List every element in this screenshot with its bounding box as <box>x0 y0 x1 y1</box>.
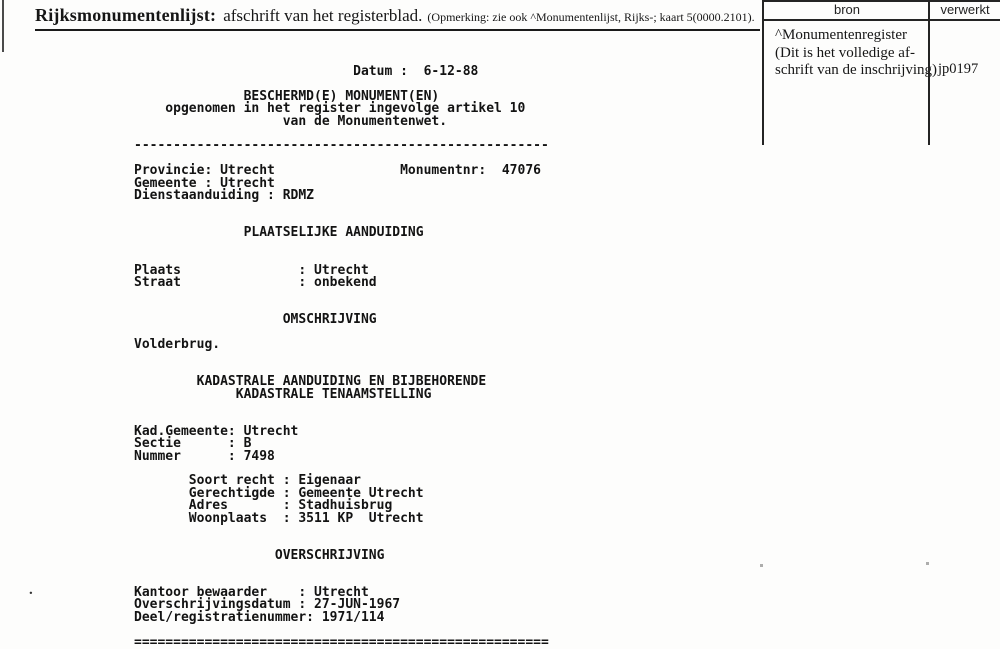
scan-speck <box>926 562 929 565</box>
typewriter-body: Datum : 6-12-88 BESCHERMD(E) MONUMENT(EN… <box>134 66 549 649</box>
registerblad-scan-page: Rijksmonumentenlijst:afschrift van het r… <box>0 0 1000 649</box>
scan-edge-artifact <box>2 0 4 52</box>
verwerkt-column-header: verwerkt <box>930 2 1000 19</box>
bron-verwerkt-table: bron verwerkt ^Monumentenregister (Dit i… <box>762 0 1000 145</box>
scan-speck <box>760 564 763 567</box>
page-title: Rijksmonumentenlijst:afschrift van het r… <box>35 5 760 29</box>
table-header-row: bron verwerkt <box>764 2 1000 21</box>
table-column-divider <box>928 2 930 145</box>
title-underline <box>35 29 760 31</box>
title-note: (Opmerking: zie ook ^Monumentenlijst, Ri… <box>427 10 754 24</box>
title-description: afschrift van het registerblad. <box>223 6 422 25</box>
verwerkt-cell: jp0197 <box>930 21 1000 80</box>
title-term: Rijksmonumentenlijst: <box>35 5 216 25</box>
bron-cell: ^Monumentenregister (Dit is het volledig… <box>764 21 930 80</box>
stray-dot-artifact: . <box>29 582 33 599</box>
table-body-row: ^Monumentenregister (Dit is het volledig… <box>764 21 1000 80</box>
bron-column-header: bron <box>764 2 930 19</box>
